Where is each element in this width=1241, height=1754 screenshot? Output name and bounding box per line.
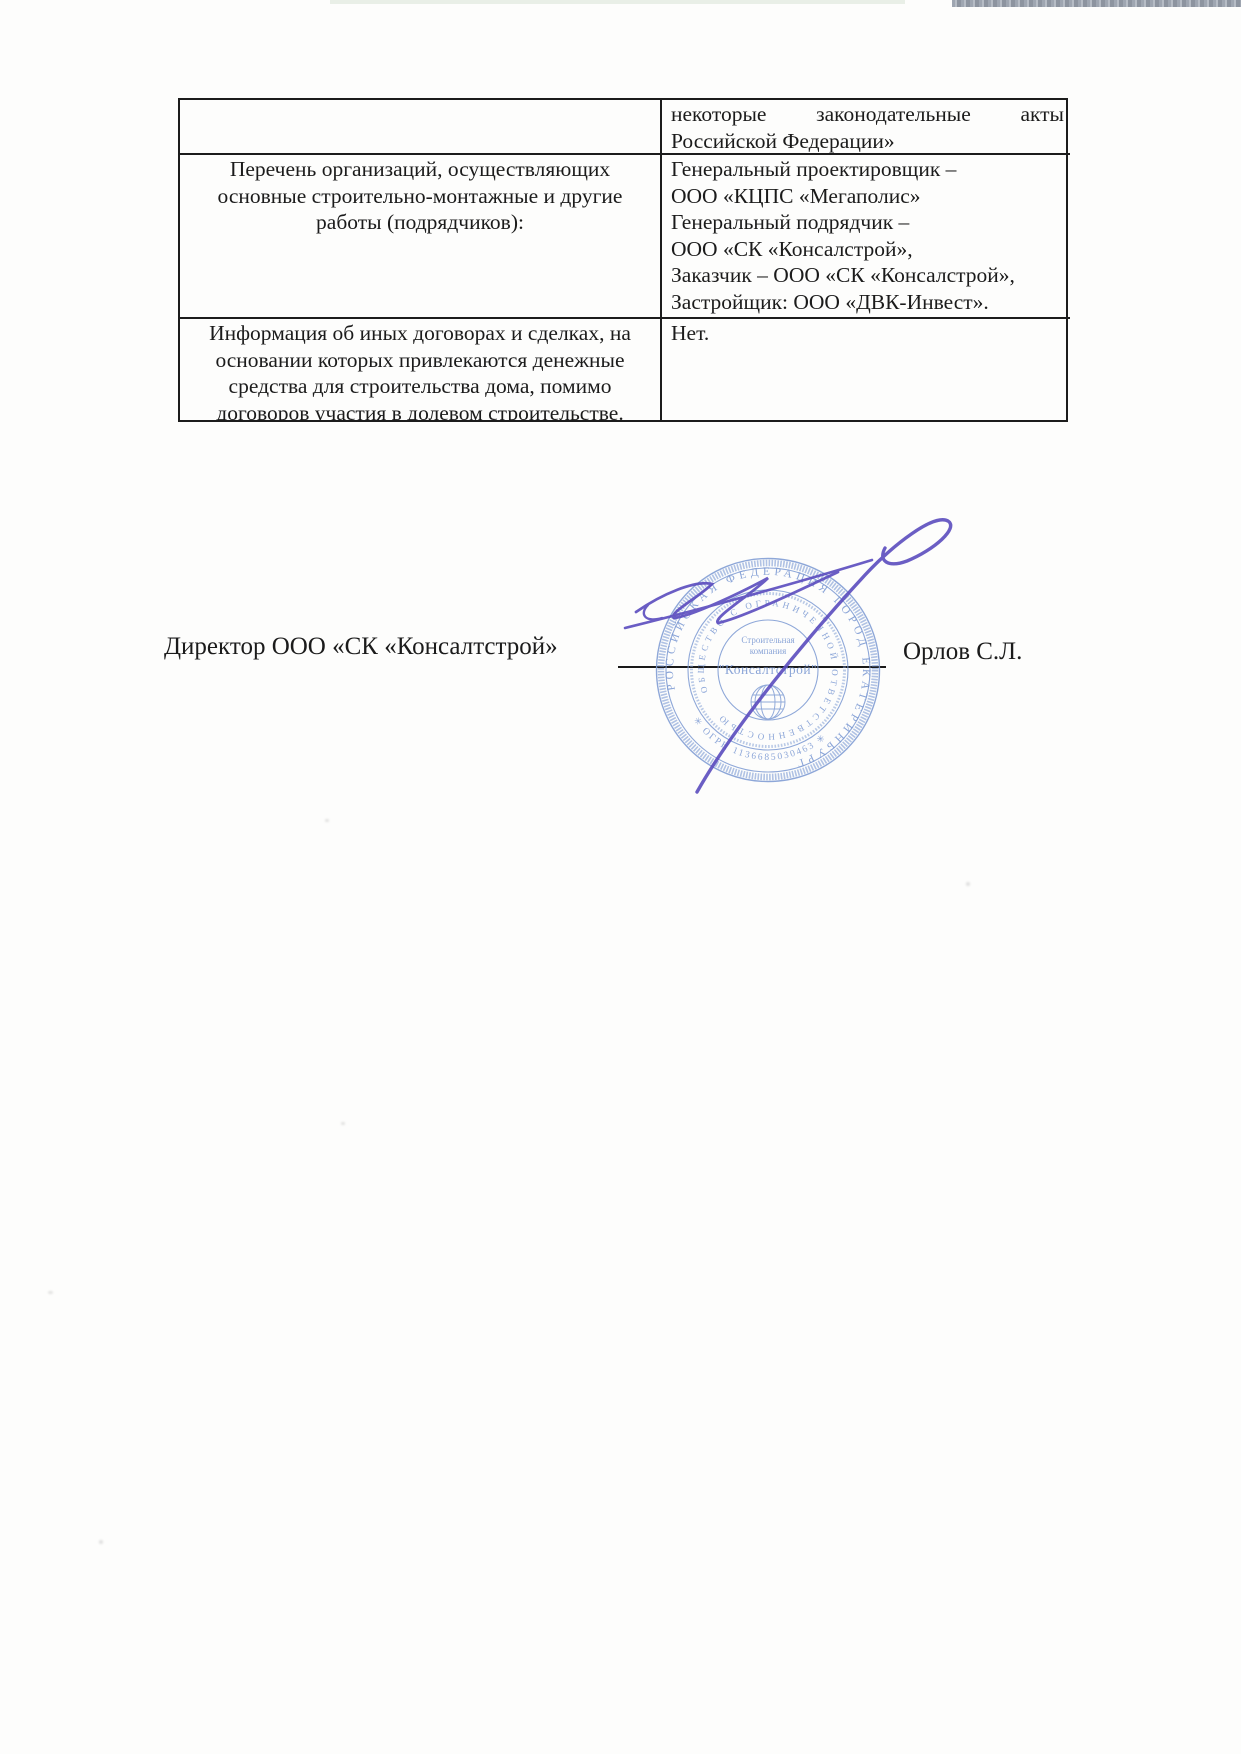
scan-speck [341, 1122, 345, 1125]
table-cell-value: Нет. [660, 317, 1070, 420]
scan-artifact-strip [330, 0, 905, 4]
table-cell-label [180, 100, 660, 153]
table-cell-label: Перечень организаций, осуществляющих осн… [180, 153, 660, 317]
signature-ink-graphic [590, 498, 970, 798]
handwritten-signature [590, 498, 970, 798]
table-cell-value: некоторые законодательные акты Российско… [660, 100, 1070, 153]
project-declaration-table: некоторые законодательные акты Российско… [178, 98, 1068, 422]
scan-speck [99, 1540, 103, 1544]
scan-speck [48, 1291, 53, 1294]
table-cell-value: Генеральный проектировщик – ООО «КЦПС «М… [660, 153, 1070, 317]
scan-speck [325, 819, 329, 822]
director-role-label: Директор ООО «СК «Консалтстрой» [164, 633, 558, 661]
scan-artifact-strip [952, 0, 1241, 7]
table-cell-label: Информация об иных договорах и сделках, … [180, 317, 660, 420]
scan-speck [966, 882, 970, 886]
